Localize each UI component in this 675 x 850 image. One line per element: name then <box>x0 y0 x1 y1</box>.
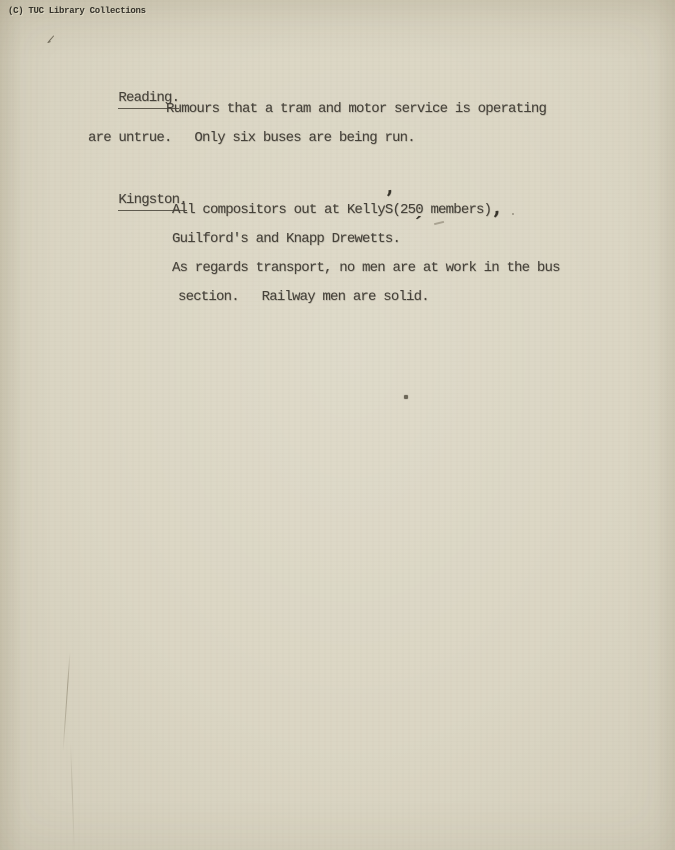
reading-line-1: Rumours that a tram and motor service is… <box>166 100 546 118</box>
paper-crease-faint <box>70 742 75 850</box>
reading-line-2: are untrue. Only six buses are being run… <box>88 129 415 147</box>
handwritten-apostrophe-drewetts: ´ <box>411 215 422 234</box>
kingston-line-2: Guilford's and Knapp Drewetts. <box>172 230 400 248</box>
faint-pen-dash <box>434 221 444 225</box>
ink-speck <box>404 395 408 399</box>
kingston-line-1: All compositors out at KellyS(250 member… <box>172 201 491 219</box>
pencil-tick-mark <box>44 34 56 46</box>
library-watermark: (C) TUC Library Collections <box>8 6 146 16</box>
faint-ink-dot <box>512 213 514 215</box>
handwritten-comma-after-members: , <box>492 197 500 217</box>
kingston-line-3: As regards transport, no men are at work… <box>172 259 560 277</box>
paper-grain-texture <box>0 0 675 850</box>
kingston-line-4: section. Railway men are solid. <box>178 288 429 306</box>
paper-crease <box>63 652 71 752</box>
handwritten-apostrophe-kellys: , <box>385 177 394 198</box>
scanned-document-page: (C) TUC Library Collections Reading. Rum… <box>0 0 675 850</box>
